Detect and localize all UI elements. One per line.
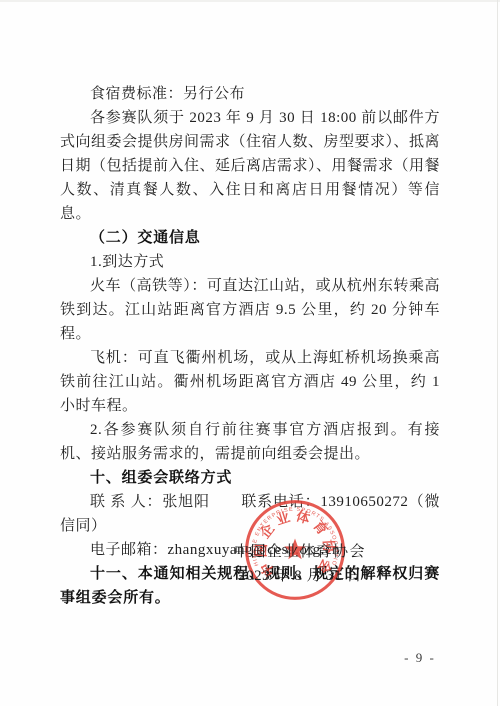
page-right-edge: [497, 0, 498, 706]
paragraph-checkin-info: 2.各参赛队须自行前往赛事官方酒店报到。有接机、接站服务需求的，需提前向组委会提…: [60, 418, 440, 466]
issuing-organization-name: 中国企业体育协会: [200, 540, 400, 561]
paragraph-train-info: 火车（高铁等）：可直达江山站，或从杭州东转乘高铁到达。江山站距离官方酒店 9.5…: [60, 274, 440, 346]
document-page: 食宿费标准：另行公布 各参赛队须于 2023 年 9 月 30 日 18:00 …: [0, 0, 500, 706]
paragraph-registration-requirements: 各参赛队须于 2023 年 9 月 30 日 18:00 前以邮件方式向组委会提…: [60, 106, 440, 226]
page-top-edge: [0, 0, 500, 2]
section-heading-contact: 十、组委会联络方式: [60, 466, 440, 490]
paragraph-flight-info: 飞机：可直飞衢州机场，或从上海虹桥机场换乘高铁前往江山站。衢州机场距离官方酒店 …: [60, 346, 440, 418]
paragraph-arrival-methods: 1.到达方式: [60, 250, 440, 274]
section-heading-traffic-info: （二）交通信息: [60, 226, 440, 250]
issue-date: 2023 年 8 月 31 日: [200, 564, 400, 585]
page-number: - 9 -: [385, 650, 455, 666]
paragraph-lodging-fee: 食宿费标准：另行公布: [60, 82, 440, 106]
